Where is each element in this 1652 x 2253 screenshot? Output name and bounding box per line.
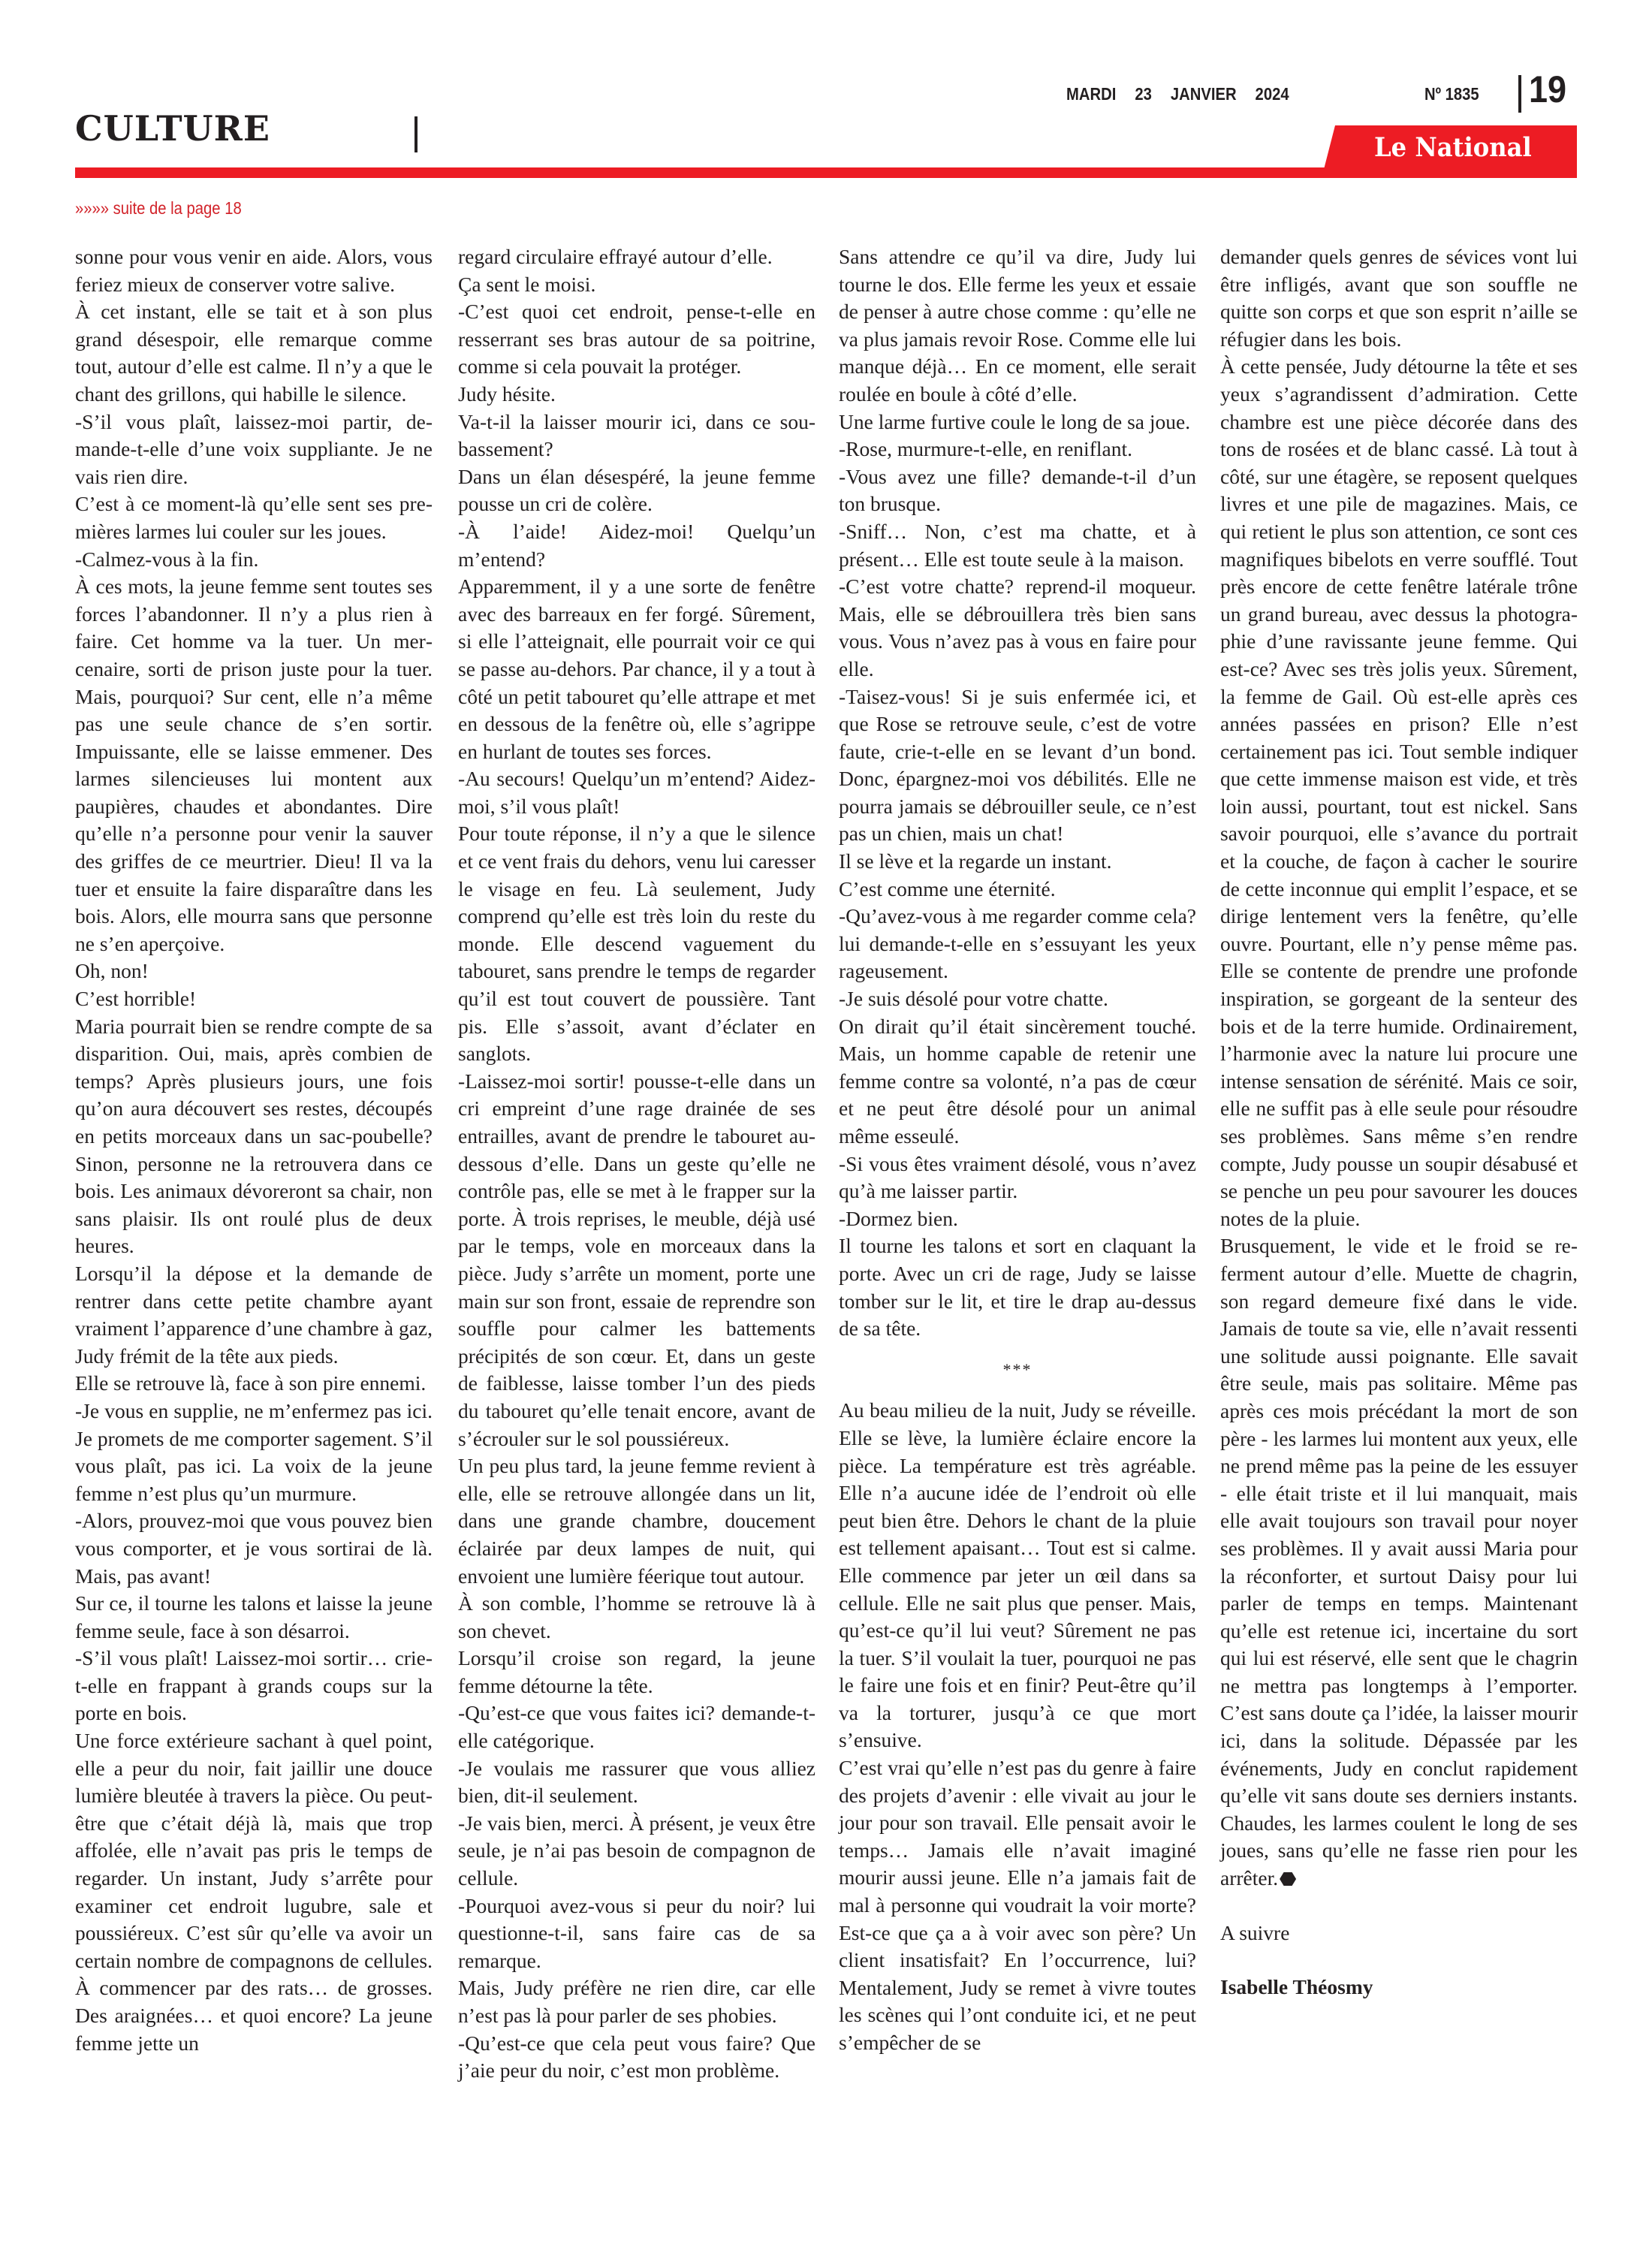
article-paragraph: -Je vous en supplie, ne m’enfermez pas i… (75, 1398, 433, 1507)
article-paragraph: C’est horrible! (75, 985, 433, 1013)
article-paragraph: Il tourne les talons et sort en claquant… (839, 1232, 1196, 1342)
article-paragraph: -Qu’est-ce que vous faites ici? demande-… (458, 1700, 815, 1754)
article-paragraph: À cet instant, elle se tait et à son plu… (75, 298, 433, 408)
article-paragraph: -Je voulais me rassurer que vous alliez … (458, 1755, 815, 1810)
article-paragraph: -Laissez-moi sortir! pousse-t-elle dans … (458, 1068, 815, 1452)
section-separator: *** (839, 1356, 1196, 1384)
article-paragraph: Sur ce, il tourne les talons et laisse l… (75, 1590, 433, 1645)
article-paragraph: Judy hésite. (458, 381, 815, 409)
continued-from-link[interactable]: »»»» suite de la page 18 (75, 198, 242, 219)
article-paragraph: Au beau milieu de la nuit, Judy se révei… (839, 1397, 1196, 1754)
article-column-1: sonne pour vous venir en aide. Alors, vo… (75, 243, 433, 2057)
article-paragraph: -C’est quoi cet endroit, pense-t-elle en… (458, 298, 815, 381)
title-separator (415, 116, 418, 152)
article-paragraph: -Alors, prouvez-moi que vous pouvez bien… (75, 1507, 433, 1590)
article-column-3: Sans attendre ce qu’il va dire, Judy lui… (839, 243, 1196, 2057)
article-paragraph: Va-t-il la laisser mourir ici, dans ce s… (458, 409, 815, 463)
to-be-continued-label: A suivre (1220, 1920, 1578, 1947)
article-paragraph: À ces mots, la jeune femme sent toutes s… (75, 573, 433, 958)
article-paragraph: Il se lève et la regarde un instant. (839, 848, 1196, 876)
article-paragraph: Un peu plus tard, la jeune femme re­vien… (458, 1452, 815, 1590)
article-paragraph: -Si vous êtes vraiment désolé, vous n’av… (839, 1151, 1196, 1205)
author-byline: Isabelle Théosmy (1220, 1974, 1578, 2001)
article-paragraph: C’est comme une éternité. (839, 876, 1196, 903)
article-paragraph: -Dormez bien. (839, 1205, 1196, 1233)
publication-name: Le National (1374, 132, 1532, 164)
article-paragraph: -Vous avez une fille? demande-t-il d’un … (839, 463, 1196, 518)
article-paragraph: On dirait qu’il était sincèrement tou­ch… (839, 1013, 1196, 1151)
article-paragraph: Apparemment, il y a une sorte de fenêtre… (458, 573, 815, 765)
article-paragraph: -Je vais bien, merci. À présent, je veux… (458, 1810, 815, 1893)
article-paragraph: Brusquement, le vide et le froid se re­f… (1220, 1232, 1578, 1892)
article-paragraph: -Qu’avez-vous à me regarder comme cela? … (839, 903, 1196, 985)
article-paragraph: Sans attendre ce qu’il va dire, Judy lui… (839, 243, 1196, 409)
article-paragraph: -Je suis désolé pour votre chatte. (839, 985, 1196, 1013)
end-mark-icon (1280, 1872, 1296, 1886)
article-paragraph: -À l’aide! Aidez-moi! Quelqu’un m’entend… (458, 518, 815, 573)
article-paragraph: Elle se retrouve là, face à son pire enn… (75, 1370, 433, 1398)
article-paragraph: Pour toute réponse, il n’y a que le si­l… (458, 820, 815, 1067)
article-paragraph: -Pourquoi avez-vous si peur du noir? lui… (458, 1893, 815, 1975)
date-day: 23 (1135, 84, 1152, 104)
article-paragraph: Une larme furtive coule le long de sa jo… (839, 409, 1196, 436)
article-paragraph: -S’il vous plaît! Laissez-moi sortir… cr… (75, 1645, 433, 1727)
article-paragraph: -Rose, murmure-t-elle, en reniflant. (839, 436, 1196, 463)
article-paragraph: regard circulaire effrayé autour d’elle. (458, 243, 815, 271)
article-paragraph: -Taisez-vous! Si je suis enfermée ici, e… (839, 683, 1196, 849)
article-paragraph: Dans un élan désespéré, la jeune femme p… (458, 463, 815, 518)
article-column-2: regard circulaire effrayé autour d’elle.… (458, 243, 815, 2085)
page-number: 19 (1529, 71, 1566, 108)
section-title: CULTURE (75, 111, 270, 146)
article-paragraph: -Sniff… Non, c’est ma chatte, et à prése… (839, 518, 1196, 573)
issue-number: Nº 1835 (1424, 84, 1479, 104)
page-number-separator (1518, 75, 1521, 113)
article-paragraph: -Calmez-vous à la fin. (75, 546, 433, 574)
date-month: JANVIER (1171, 84, 1237, 104)
article-paragraph: sonne pour vous venir en aide. Alors, vo… (75, 243, 433, 298)
article-paragraph: C’est à ce moment-là qu’elle sent ses pr… (75, 490, 433, 545)
article-paragraph: C’est vrai qu’elle n’est pas du genre à … (839, 1754, 1196, 2057)
article-paragraph: Ça sent le moisi. (458, 271, 815, 299)
dateline: MARDI 23 JANVIER 2024 (1066, 84, 1304, 104)
article-paragraph: Lorsqu’il croise son regard, la jeune fe… (458, 1645, 815, 1700)
article-column-4: demander quels genres de sévices vont lu… (1220, 243, 1578, 2001)
article-paragraph: Lorsqu’il la dépose et la demande de ren… (75, 1260, 433, 1370)
article-paragraph: -C’est votre chatte? reprend-il moqueur.… (839, 573, 1196, 683)
article-paragraph: Mais, Judy préfère ne rien dire, car ell… (458, 1974, 815, 2029)
article-paragraph: Une force extérieure sachant à quel poin… (75, 1727, 433, 2057)
article-paragraph: -Qu’est-ce que cela peut vous faire? Que… (458, 2030, 815, 2085)
article-paragraph: À cette pensée, Judy détourne la tête et… (1220, 353, 1578, 1232)
article-paragraph: À son comble, l’homme se retrouve là à s… (458, 1590, 815, 1645)
article-paragraph: Oh, non! (75, 958, 433, 985)
date-weekday: MARDI (1066, 84, 1116, 104)
article-paragraph: demander quels genres de sévices vont lu… (1220, 243, 1578, 353)
article-paragraph: Maria pourrait bien se rendre compte de … (75, 1013, 433, 1260)
article-paragraph: -Au secours! Quelqu’un m’entend? Aid­ez-… (458, 765, 815, 820)
article-paragraph: -S’il vous plaît, laissez-moi partir, de… (75, 409, 433, 491)
date-year: 2024 (1256, 84, 1289, 104)
